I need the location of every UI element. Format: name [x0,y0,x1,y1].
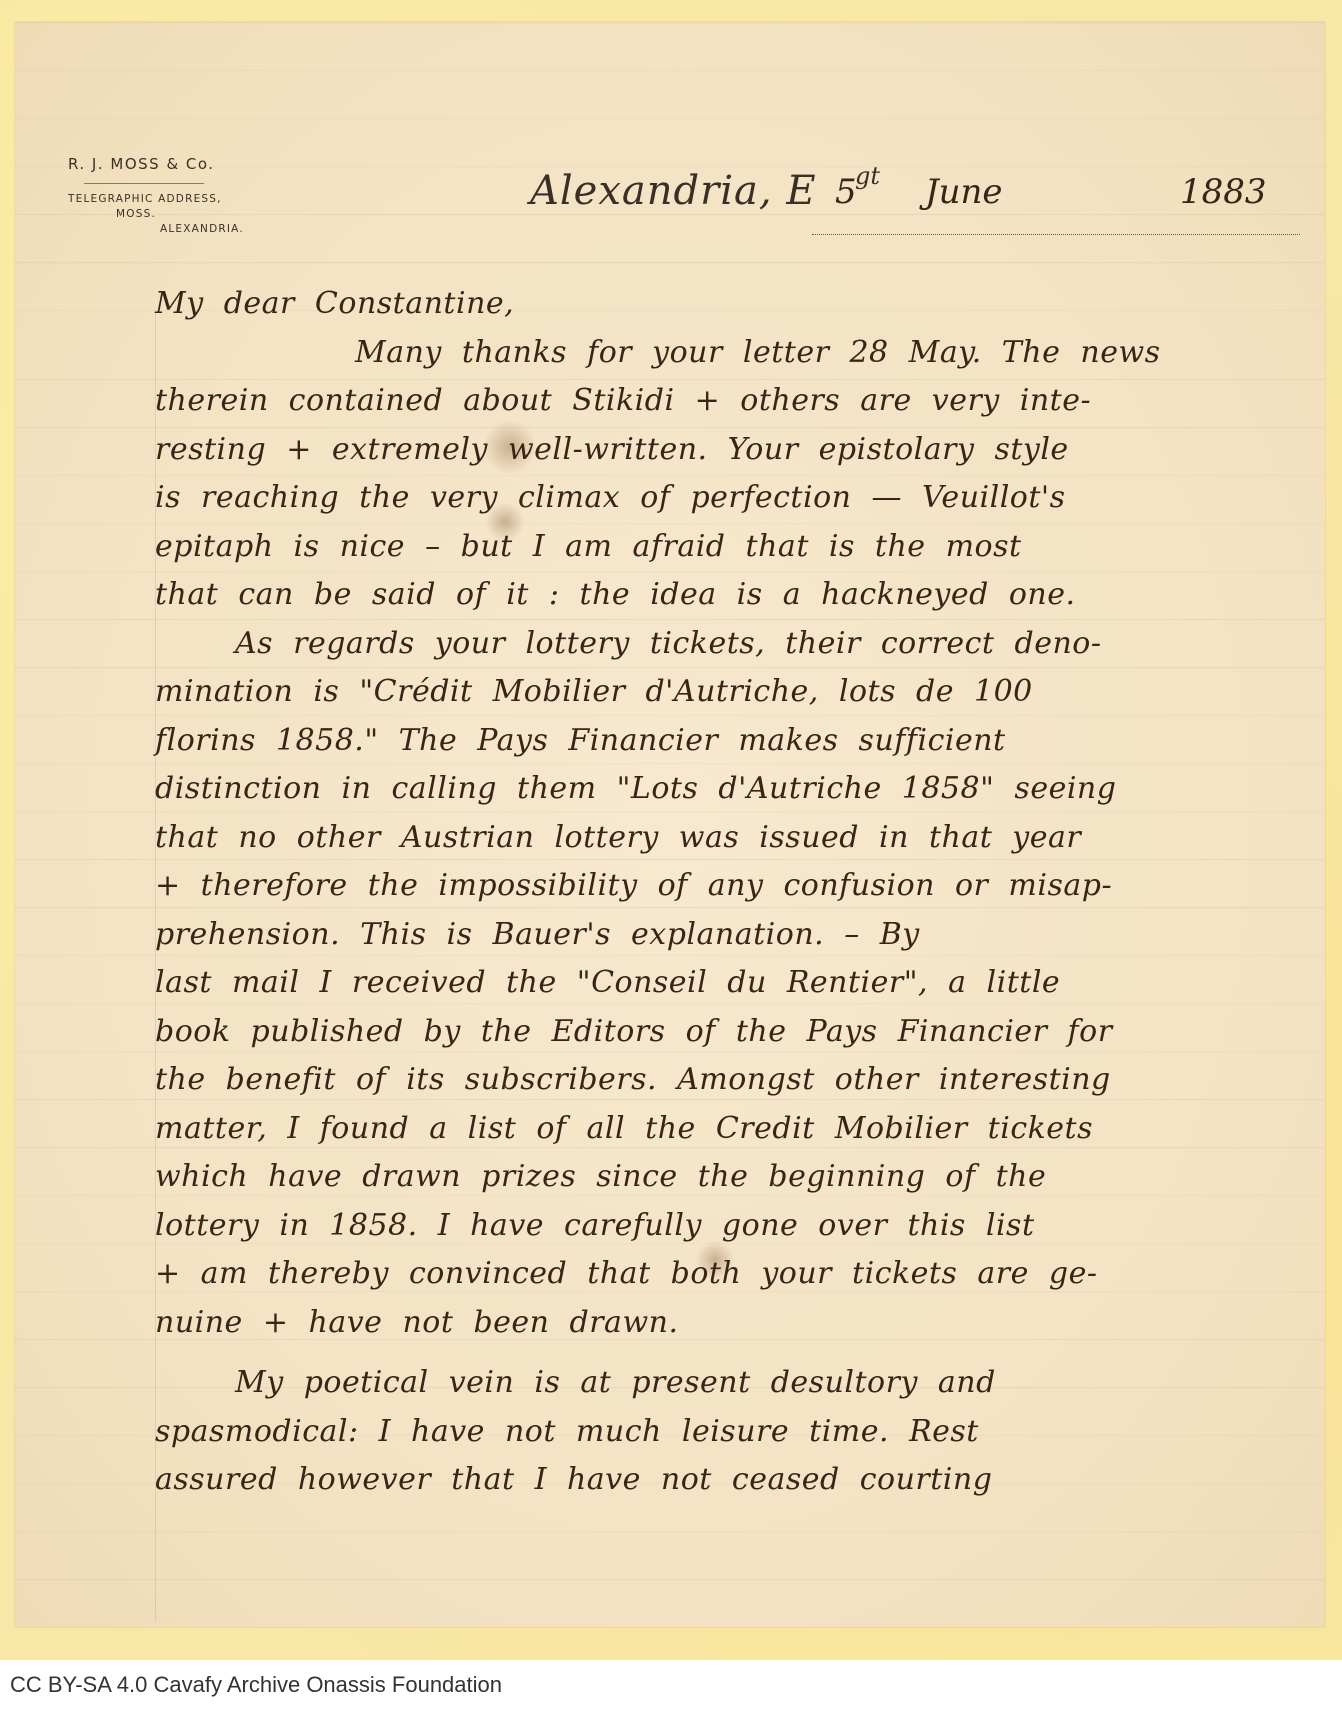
letter-line: lottery in 1858. I have carefully gone o… [155,1202,1305,1251]
letter-line: florins 1858." The Pays Financier makes … [155,717,1305,766]
letter-line: resting + extremely well-written. Your e… [155,426,1305,475]
letter-line: matter, I found a list of all the Credit… [155,1105,1305,1154]
handwritten-letter-body: My dear Constantine, Many thanks for you… [155,280,1305,1505]
letter-line: My poetical vein is at present desultory… [155,1359,1305,1408]
date-year: 1883 [1180,172,1267,212]
letter-line: spasmodical: I have not much leisure tim… [155,1408,1305,1457]
letterhead-firm-name: R. J. MOSS & Co. [68,155,244,173]
dotted-date-rule [812,234,1300,235]
letterhead-telegraphic-label: TELEGRAPHIC ADDRESS, [68,192,244,207]
letter-line: distinction in calling them "Lots d'Autr… [155,765,1305,814]
salutation: My dear Constantine, [155,280,1305,329]
letter-line: which have drawn prizes since the beginn… [155,1153,1305,1202]
letter-line: + therefore the impossibility of any con… [155,862,1305,911]
date-month: June [925,172,1003,212]
letter-line: is reaching the very climax of perfectio… [155,474,1305,523]
date-line: Alexandria, E gt 5 June 1883 [530,168,1300,238]
letter-line: nuine + have not been drawn. [155,1299,1305,1348]
license-credit: CC BY-SA 4.0 Cavafy Archive Onassis Foun… [10,1672,502,1698]
letter-line: prehension. This is Bauer's explanation.… [155,911,1305,960]
letter-line: book published by the Editors of the Pay… [155,1008,1305,1057]
printed-letterhead: R. J. MOSS & Co. TELEGRAPHIC ADDRESS, MO… [68,155,244,237]
letter-line: that can be said of it : the idea is a h… [155,571,1305,620]
letterhead-divider [84,183,204,184]
letter-line: therein contained about Stikidi + others… [155,377,1305,426]
printed-place: Alexandria, E [530,168,817,214]
letter-line: mination is "Crédit Mobilier d'Autriche,… [155,668,1305,717]
letter-line: that no other Austrian lottery was issue… [155,814,1305,863]
letter-line: assured however that I have not ceased c… [155,1456,1305,1505]
letterhead-telegraphic-name: MOSS. [68,207,244,222]
letter-line: Many thanks for your letter 28 May. The … [155,329,1305,378]
letter-line: last mail I received the "Conseil du Ren… [155,959,1305,1008]
letterhead-telegraphic-city: ALEXANDRIA. [68,222,244,237]
letter-line: As regards your lottery tickets, their c… [155,620,1305,669]
date-day: 5 [835,172,857,212]
printed-place-superscript: gt [855,162,880,190]
letter-line: + am thereby convinced that both your ti… [155,1250,1305,1299]
letter-line: the benefit of its subscribers. Amongst … [155,1056,1305,1105]
letter-line: epitaph is nice – but I am afraid that i… [155,523,1305,572]
